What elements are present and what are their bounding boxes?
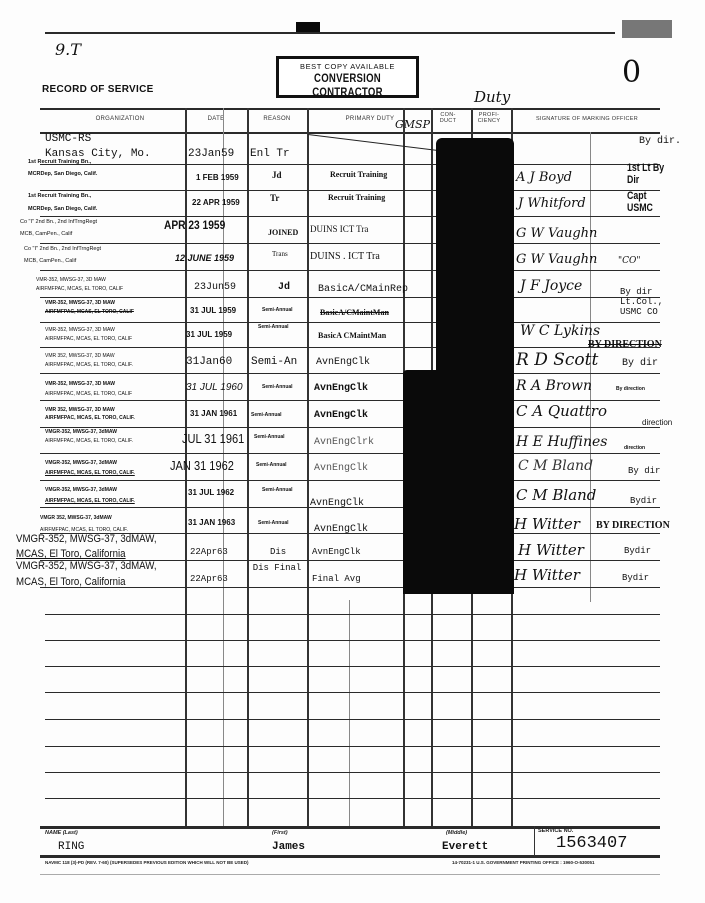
row-16-org-line1: VMGR-352, MWSG-37, 3dMAW, [16,560,157,573]
name-last-value: RING [58,841,84,853]
row-8-reason: Semi-An [251,356,297,368]
row-10-org-line2: AIRFMFPAC, MCAS, EL TORO, CALIF. [45,414,135,423]
row-rule [45,692,660,693]
row-12-side-note: By dir [628,466,660,476]
row-16-date: 22Apr63 [190,574,228,584]
row-14-duty: AvnEngClk [314,524,368,535]
row-9-org-line1: VMR-352, MWSG-37, 3D MAW [45,380,115,389]
handwritten-note-top-left: 9.T [55,40,81,59]
row-7-org-line1: VMR-352, MWSG-37, 3D MAW [45,326,115,335]
name-label-first: (First) [272,830,288,836]
row-12-signature: C M Bland [518,458,593,474]
row-6-date: 31 JUL 1959 [190,306,236,315]
row-rule [45,614,660,615]
service-number-value: 1563407 [556,834,627,853]
row-0-reason: Enl Tr [250,148,290,160]
row-5-signature: J F Joyce [520,278,582,294]
row-7-org-line2: AIRFMFPAC, MCAS, EL TORO, CALIF [45,335,132,344]
row-4-date: 12 JUNE 1959 [175,253,234,263]
row-9-duty: AvnEngClk [314,383,368,394]
row-5-side-note: By dir Lt.Col., USMC CO [620,287,690,317]
row-2-org-line1: 1st Recruit Training Bn., [28,192,91,201]
row-15-side-note: Bydir [624,546,651,556]
row-8-duty: AvnEngClk [316,357,370,368]
row-rule [45,798,660,799]
row-5-date: 23Jun59 [194,282,236,293]
col-header-signature: SIGNATURE OF MARKING OFFICER [512,116,662,122]
row-9-signature: R A Brown [516,378,592,394]
row-rule [40,373,660,374]
row-8-signature: R D Scott [516,350,598,370]
row-2-signature: J Whitford [518,196,586,211]
handwritten-gmsp: GMSP [395,118,430,131]
row-14-org-line1: VMGR 352, MWSG-37, 3dMAW [40,514,112,523]
row-11-side-note: direction [624,445,645,451]
row-9-reason: Semi-Annual [262,384,293,390]
row-4-signature: G W Vaughn [516,252,597,267]
printing-office-note: 14-70231-1 U.S. GOVERNMENT PRINTING OFFI… [452,860,595,865]
row-10-signature: C A Quattro [516,402,607,420]
row-rule [40,190,660,191]
row-13-org-line1: VMGR-352, MWSG-37, 3dMAW [45,486,117,495]
row-4-org-line2: MCB, CamPen., Calif [24,257,76,266]
row-9-org-line2: AIRFMFPAC, MCAS, EL TORO, CALIF [45,390,132,399]
row-6-duty: BasicA/CMaintMan [320,308,389,317]
row-16-signature: H Witter [514,566,580,584]
row-14-side-note: BY DIRECTION [596,520,670,531]
row-14-signature: H Witter [514,515,580,533]
row-11-reason: Semi-Annual [254,434,285,440]
row-5-org-line2: AIRFMFPAC, MCAS, EL TORO, CALIF [36,285,123,294]
handwritten-note-top-right: 0 [622,55,641,90]
row-11-date: JUL 31 1961 [182,431,244,446]
row-7-side-note: BY DIRECTION [588,339,662,350]
row-10-duty: AvnEngClk [314,410,368,421]
row-11-org-line2: AIRFMFPAC, MCAS, EL TORO, CALIF. [45,437,133,446]
name-label-last: NAME (Last) [45,830,78,836]
row-10-reason: Semi-Annual [251,412,282,418]
row-3-duty: DUINS ICT Tra [310,224,368,234]
row-13-date: 31 JUL 1962 [188,488,234,497]
name-label-middle: (Middle) [446,830,467,836]
col-header-reason: REASON [248,116,306,122]
row-4-reason: Trans [272,250,288,258]
footer-service-divider [534,826,535,856]
row-rule [40,453,660,454]
row-7-date: 31 JUL 1959 [186,330,232,339]
row-1-org-line1: 1st Recruit Training Bn., [28,158,91,167]
row-14-reason: Semi-Annual [258,520,289,526]
row-15-reason: Dis [270,547,286,557]
row-8-side-note: By dir [622,358,658,369]
row-0-date: 23Jan59 [188,148,234,160]
row-3-signature: G W Vaughn [516,226,597,241]
row-9-side-note: By direction [616,386,645,392]
row-rule [40,216,660,217]
row-15-org-line1: VMGR-352, MWSG-37, 3dMAW, [16,533,157,546]
row-0-org-line1: USMC-RS [45,133,91,145]
row-1-reason: Jd [272,170,282,180]
header-top-rule [40,108,660,110]
header-bottom-rule [40,132,660,134]
row-1-signature: A J Boyd [516,170,572,185]
row-5-org-line1: VMR-352, MWSG-37, 3D MAW [36,276,106,285]
row-2-date: 22 APR 1959 [192,198,240,207]
best-copy-stamp: BEST COPY AVAILABLE CONVERSION CONTRACTO… [276,56,419,98]
row-9-date: 31 JUL 1960 [186,382,243,393]
name-first-value: James [272,841,305,853]
row-1-duty: Recruit Training [330,170,387,179]
corner-smudge [622,20,672,38]
row-rule [40,587,660,588]
row-4-org-line1: Co "I" 2nd Bn., 2nd InfTrngRegt [24,245,101,254]
row-0-side-note: By dir. [636,136,681,147]
row-11-duty: AvnEngClrk [314,437,374,448]
row-rule [40,347,660,348]
col-header-date: DATE [186,116,246,122]
stamp-line-1: BEST COPY AVAILABLE [279,62,416,71]
row-10-date: 31 JAN 1961 [190,409,237,418]
row-2-org-line2: MCRDep, San Diego, Calif. [28,205,97,214]
col-header-organization: ORGANIZATION [60,116,180,122]
row-1-side-note: 1st Lt By Dir [627,162,667,186]
row-5-reason: Jd [278,282,290,293]
row-rule [45,640,660,641]
row-15-duty: AvnEngClk [312,547,361,557]
row-12-date: JAN 31 1962 [170,458,234,473]
row-2-reason: Tr [270,193,279,203]
row-16-side-note: Bydir [622,573,649,583]
row-6-reason: Semi-Annual [262,307,293,313]
row-6-signature: W C Lykins [520,323,600,339]
row-13-side-note: Bydir [630,496,657,506]
row-rule [45,772,660,773]
row-rule [40,297,660,298]
row-rule [40,427,660,428]
row-11-signature: H E Huffines [516,434,607,450]
footer-bottom-rule [40,855,660,858]
row-rule [40,164,660,165]
row-3-reason: JOINED [268,228,298,237]
row-1-date: 1 FEB 1959 [196,173,239,182]
row-16-duty: Final Avg [312,574,361,584]
row-12-duty: AvnEngClk [314,463,368,474]
stamp-line-2: CONVERSION CONTRACTOR [293,71,403,99]
row-11-org-line1: VMGR-352, MWSG-37, 3dMAW [45,428,117,437]
row-rule [40,400,660,401]
row-rule [40,480,660,481]
row-6-org-line1: VMR-352, MWSG-37, 3D MAW [45,299,115,308]
record-of-service-page: 9.T 0 RECORD OF SERVICE BEST COPY AVAILA… [0,0,705,903]
row-16-org-line2: MCAS, El Toro, California [16,576,126,589]
col-divider-duty-mid [349,600,350,828]
row-1-org-line2: MCRDep, San Diego, Calif. [28,170,97,179]
row-7-reason: Semi-Annual [258,324,289,330]
row-2-duty: Recruit Training [328,193,385,202]
row-3-org-line1: Co "I" 2nd Bn., 2nd InfTrngRegt [20,218,97,227]
row-2-side-note: Capt USMC [627,190,667,214]
document-title: RECORD OF SERVICE [42,84,154,95]
row-12-org-line2: AIRFMFPAC, MCAS, EL TORO, CALIF. [45,469,135,478]
row-10-side-note: direction [642,418,672,427]
col-header-conduct: CON-DUCT [433,112,463,124]
row-13-signature: C M Bland [516,486,596,504]
bottom-faint-rule [40,874,660,875]
name-middle-value: Everett [442,841,488,853]
row-8-org-line1: VMR 352, MWSG-37, 3D MAW [45,352,115,361]
row-3-org-line2: MCB, CamPen., Calif [20,230,72,239]
row-12-org-line1: VMGR-352, MWSG-37, 3dMAW [45,459,117,468]
row-5-duty: BasicA/CMainRep [318,284,408,295]
top-redaction [296,22,320,32]
col-header-proficiency: PROFI-CIENCY [471,112,507,124]
row-rule [45,719,660,720]
top-rule [45,32,615,34]
row-13-duty: AvnEngClk [310,498,364,509]
redaction-block-upper [436,138,514,370]
row-3-date: APR 23 1959 [164,218,225,232]
row-16-reason: Dis Final [252,562,302,574]
row-8-date: 31Jan60 [186,356,232,368]
row-rule [45,746,660,747]
row-15-signature: H Witter [518,541,584,559]
row-12-reason: Semi-Annual [256,462,287,468]
row-13-reason: Semi-Annual [262,487,293,493]
form-number-note: NAVMC 118 (3)-PD (REV. 7-60) (SUPERSEDES… [45,860,248,865]
row-6-org-line2: AIRFMFPAC, MCAS, EL TORO, CALIF [45,308,134,317]
row-14-date: 31 JAN 1963 [188,518,235,527]
row-7-duty: BasicA CMaintMan [318,331,386,340]
row-15-date: 22Apr63 [190,547,228,557]
redaction-block-lower [403,370,514,594]
row-13-org-line2: AIRFMFPAC, MCAS, EL TORO, CALIF. [45,497,135,506]
handwritten-duty: Duty [474,88,510,106]
row-rule [45,666,660,667]
row-4-duty: DUINS . ICT Tra [310,251,380,262]
diagonal-stroke [308,134,437,151]
row-rule [40,270,660,271]
row-4-side-note: "CO" [618,256,641,266]
row-8-org-line2: AIRFMFPAC, MCAS, EL TORO, CALIF. [45,361,133,370]
row-rule [40,243,660,244]
